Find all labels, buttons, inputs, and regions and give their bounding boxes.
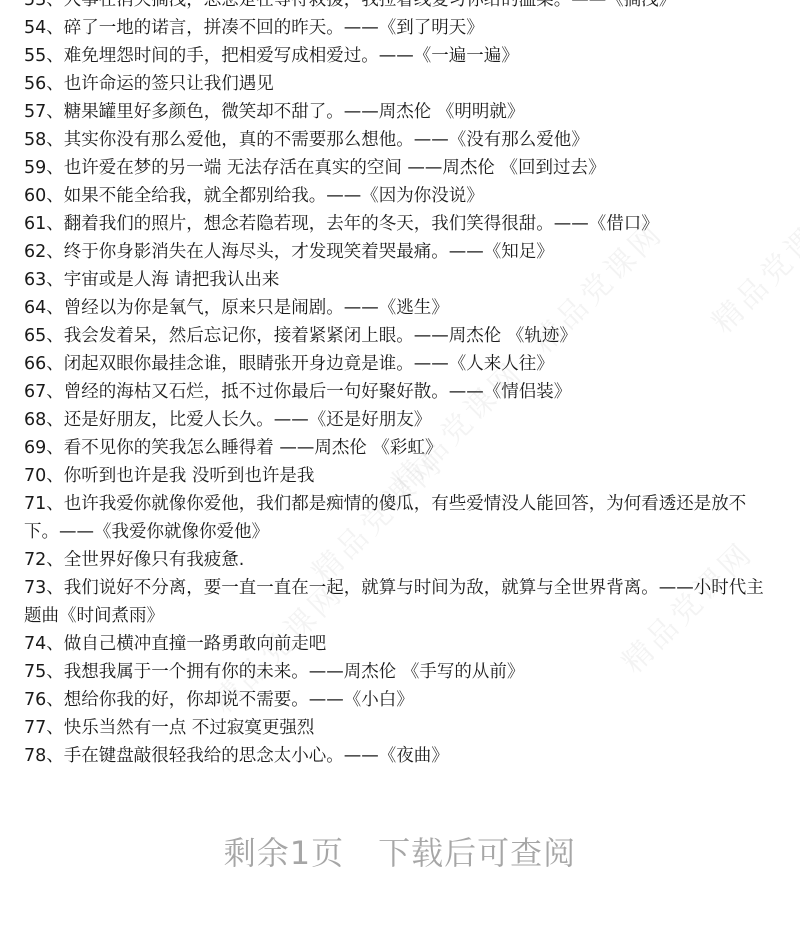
list-item: 69、看不见你的笑我怎么睡得着 ——周杰伦 《彩虹》 bbox=[24, 434, 780, 462]
list-item: 74、做自己横冲直撞一路勇敢向前走吧 bbox=[24, 630, 780, 658]
list-item: 62、终于你身影消失在人海尽头，才发现笑着哭最痛。——《知足》 bbox=[24, 238, 780, 266]
list-item: 61、翻着我们的照片，想念若隐若现，去年的冬天，我们笑得很甜。——《借口》 bbox=[24, 210, 780, 238]
list-item: 78、手在键盘敲很轻我给的思念太小心。——《夜曲》 bbox=[24, 742, 780, 770]
list-item: 64、曾经以为你是氧气，原来只是闹剧。——《逃生》 bbox=[24, 294, 780, 322]
list-item: 59、也许爱在梦的另一端 无法存活在真实的空间 ——周杰伦 《回到过去》 bbox=[24, 154, 780, 182]
list-item: 76、想给你我的好，你却说不需要。——《小白》 bbox=[24, 686, 780, 714]
list-item: 53、人事在消失搁浅，思念是在等待救援，我拉着线复习你给的温柔。——《搁浅》 bbox=[24, 0, 780, 14]
list-item: 66、闭起双眼你最挂念谁，眼睛张开身边竟是谁。——《人来人往》 bbox=[24, 350, 780, 378]
list-item: 75、我想我属于一个拥有你的未来。——周杰伦 《手写的从前》 bbox=[24, 658, 780, 686]
lyrics-list: 53、人事在消失搁浅，思念是在等待救援，我拉着线复习你给的温柔。——《搁浅》 5… bbox=[24, 0, 780, 770]
list-item: 57、糖果罐里好多颜色，微笑却不甜了。——周杰伦 《明明就》 bbox=[24, 98, 780, 126]
list-item: 71、也许我爱你就像你爱他，我们都是痴情的傻瓜，有些爱情没人能回答，为何看透还是… bbox=[24, 490, 780, 546]
list-item: 73、我们说好不分离，要一直一直在一起，就算与时间为敌，就算与全世界背离。——小… bbox=[24, 574, 780, 630]
list-item: 58、其实你没有那么爱他，真的不需要那么想他。——《没有那么爱他》 bbox=[24, 126, 780, 154]
list-item: 65、我会发着呆，然后忘记你，接着紧紧闭上眼。——周杰伦 《轨迹》 bbox=[24, 322, 780, 350]
list-item: 54、碎了一地的诺言，拼凑不回的昨天。——《到了明天》 bbox=[24, 14, 780, 42]
list-item: 68、还是好朋友，比爱人长久。——《还是好朋友》 bbox=[24, 406, 780, 434]
list-item: 70、你听到也许是我 没听到也许是我 bbox=[24, 462, 780, 490]
list-item: 77、快乐当然有一点 不过寂寞更强烈 bbox=[24, 714, 780, 742]
download-to-view-banner[interactable]: 剩余1页下载后可查阅 bbox=[0, 828, 800, 874]
list-item: 63、宇宙或是人海 请把我认出来 bbox=[24, 266, 780, 294]
list-item: 67、曾经的海枯又石烂，抵不过你最后一句好聚好散。——《情侣装》 bbox=[24, 378, 780, 406]
document-page: 精品党课网 精品党课网 精品党课网 精品党课网 精品党课网 精品党课网 53、人… bbox=[0, 0, 800, 930]
remaining-pages-label: 剩余1页 bbox=[224, 834, 344, 872]
list-item: 60、如果不能全给我，就全都别给我。——《因为你没说》 bbox=[24, 182, 780, 210]
list-item: 55、难免埋怨时间的手，把相爱写成相爱过。——《一遍一遍》 bbox=[24, 42, 780, 70]
download-hint-label: 下载后可查阅 bbox=[378, 834, 576, 872]
list-item: 56、也许命运的签只让我们遇见 bbox=[24, 70, 780, 98]
list-item: 72、全世界好像只有我疲惫. bbox=[24, 546, 780, 574]
